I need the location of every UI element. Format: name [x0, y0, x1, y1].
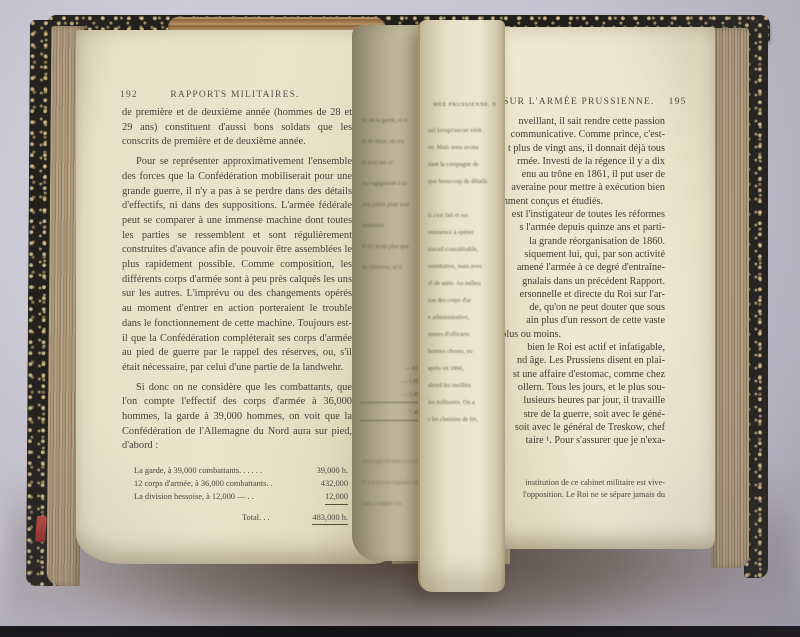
leaf-text-fragment: sans compter les	[362, 495, 421, 516]
curled-leaf-front: MÉE PRUSSIENNE. 9 uel lorsqu'aucun vérit…	[418, 20, 505, 592]
leaf-text-fragment: ceux qui ne sont à 13,0	[362, 453, 421, 474]
right-page-number: 195	[669, 97, 687, 107]
leaf-text-fragment: uniers d'officiers	[428, 326, 500, 343]
right-page-edges	[711, 28, 749, 568]
leaf-text-fragment: abord les meilleu	[428, 377, 500, 394]
leaf-table-row: — 4,0	[360, 363, 419, 376]
leaf-text-fragment: ne. Mais nous avons	[428, 139, 500, 156]
leaf-back-text: us de la garde, et ilet de deux, on n'al…	[362, 111, 421, 279]
table-row: La division hessoise, à 12,000 — . . 12,…	[122, 490, 352, 505]
leaf-text-fragment: on regagnerait à la	[362, 174, 421, 195]
leaf-text-fragment: onstitution, mais avec	[428, 258, 500, 275]
paragraph: Pour se représenter approximativement l'…	[122, 155, 352, 376]
leaf-text-fragment: le tout sur ce	[362, 153, 421, 174]
leaf-text-fragment: el de suite. Au milieu	[428, 275, 500, 292]
leaf-text-fragment: les réserves, et il	[362, 258, 421, 279]
leaf-text-fragment: ion des corps d'ar	[428, 292, 500, 309]
leaf-table-row: 7,40	[360, 407, 419, 421]
table-row: La garde, à 39,000 combattants. . . . . …	[122, 464, 352, 477]
left-running-header: RAPPORTS MILITAIRES.	[120, 90, 350, 100]
leaf-text-fragment: e administrative,	[428, 309, 500, 326]
right-page-header: UES SUR L'ARMÉE PRUSSIENNE.195	[478, 97, 665, 107]
paragraph: Si donc on ne considère que les combatta…	[122, 381, 352, 455]
leaf-running-header: MÉE PRUSSIENNE. 9	[430, 102, 499, 108]
leaf-text-fragment: ommencé à opérer	[428, 224, 500, 241]
right-page: UES SUR L'ARMÉE PRUSSIENNE.195 nveillant…	[468, 27, 715, 549]
leaf-text-fragment: les militaires. On a	[428, 394, 500, 411]
leaf-text-fragment: us de la garde, et il	[362, 111, 421, 132]
leaf-text-fragment: r les chemins de fer,	[428, 411, 500, 428]
photo-scene: 192 RAPPORTS MILITAIRES. de première et …	[0, 0, 800, 637]
left-page-number: 192	[120, 90, 138, 100]
leaf-front-text: uel lorsqu'aucun véritne. Mais nous avon…	[428, 122, 500, 428]
leaf-text-fragment	[428, 190, 500, 207]
red-page-marker	[35, 516, 47, 543]
leaf-text-fragment: bonnes choses, en	[428, 343, 500, 360]
leaf-text-fragment: il y a sa vue reposée sur	[362, 474, 421, 495]
leaf-text-fragment: semaines	[362, 216, 421, 237]
table-row: 12 corps d'armée, à 36,000 combattants. …	[122, 477, 352, 490]
left-page: 192 RAPPORTS MILITAIRES. de première et …	[76, 30, 398, 564]
leaf-text-fragment: uel lorsqu'aucun vérit	[428, 122, 500, 139]
leaf-back-mini-table: — 4,0— 1,00— 2,407,40	[360, 363, 419, 421]
open-book: 192 RAPPORTS MILITAIRES. de première et …	[0, 0, 800, 637]
table-total-row: Total. . . 483,000 h.	[122, 511, 352, 525]
leaf-table-row: — 1,00	[360, 376, 419, 389]
leaf-table-row: — 2,40	[360, 389, 419, 403]
leaf-text-fragment: et de deux, on n'a	[362, 132, 421, 153]
paragraph: de première et de deuxième année (hommes…	[122, 106, 352, 150]
leaf-back-text-lower: ceux qui ne sont à 13,0il y a sa vue rep…	[362, 453, 421, 516]
leaf-text-fragment: dant la campagne de	[428, 156, 500, 173]
leaf-text-fragment: que beaucoup de détails	[428, 173, 500, 190]
forces-table: La garde, à 39,000 combattants. . . . . …	[122, 464, 352, 525]
leaf-text-fragment: après en 1866,	[428, 360, 500, 377]
left-page-text: de première et de deuxième année (hommes…	[122, 106, 352, 525]
leaf-text-fragment: une partie pour tout	[362, 195, 421, 216]
leaf-text-fragment: travail considérable,	[428, 241, 500, 258]
leaf-text-fragment: il n'y avait plus que	[362, 237, 421, 258]
left-page-header: 192 RAPPORTS MILITAIRES.	[120, 90, 350, 100]
leaf-text-fragment: il s'est fait et ses	[428, 207, 500, 224]
table-edge-strip	[0, 626, 800, 637]
